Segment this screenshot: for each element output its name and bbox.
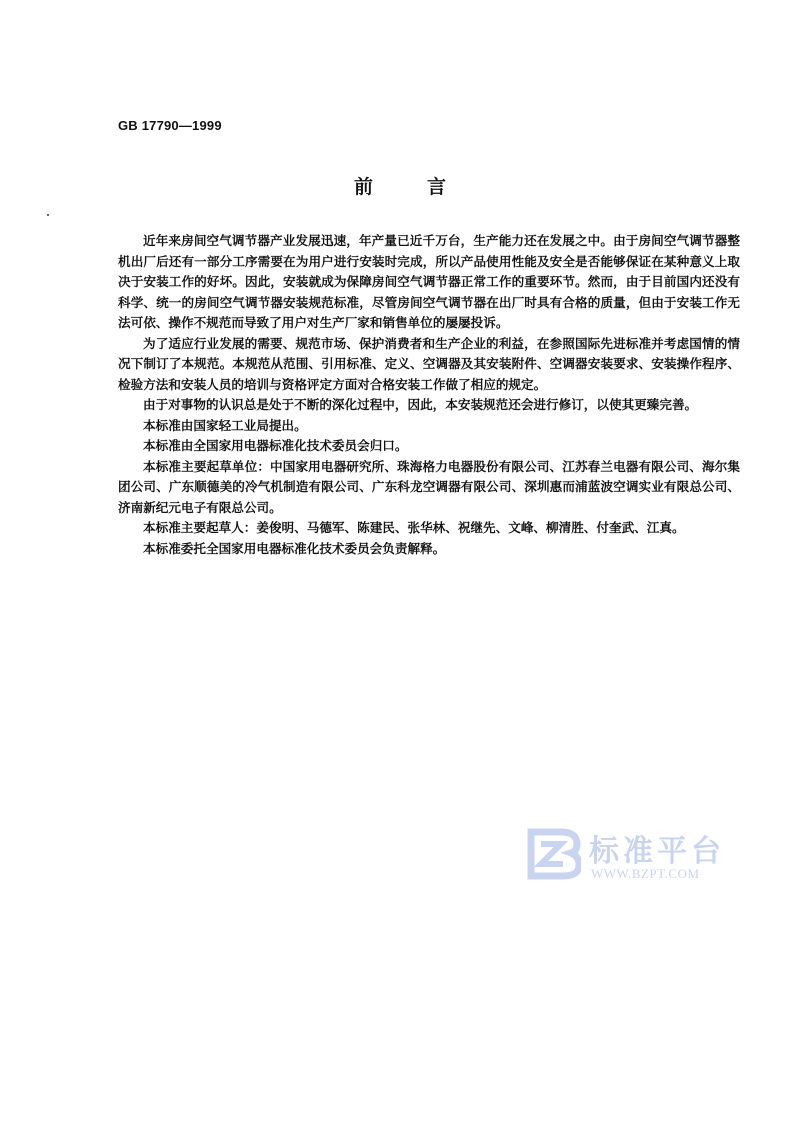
paragraph-proposer: 本标准由国家轻工业局提出。 — [118, 416, 740, 437]
title-char-1: 前 — [354, 172, 373, 199]
paragraph-drafting-units: 本标准主要起草单位：中国家用电器研究所、珠海格力电器股份有限公司、江苏春兰电器有… — [118, 457, 740, 519]
paragraph-background: 近年来房间空气调节器产业发展迅速，年产量已近千万台，生产能力还在发展之中。由于房… — [118, 231, 740, 334]
page-title: 前言 — [0, 172, 800, 199]
bzpt-logo-icon — [527, 826, 581, 880]
paragraph-purpose: 为了适应行业发展的需要、规范市场、保护消费者和生产企业的利益，在参照国际先进标准… — [118, 334, 740, 396]
scan-speck — [47, 214, 49, 216]
paragraph-drafters: 本标准主要起草人：姜俊明、马德军、陈建民、张华林、祝继先、文峰、柳清胜、付奎武、… — [118, 518, 740, 539]
paragraph-interpretation: 本标准委托全国家用电器标准化技术委员会负责解释。 — [118, 539, 740, 560]
paragraph-revision: 由于对事物的认识总是处于不断的深化过程中，因此，本安装规范还会进行修订，以使其更… — [118, 395, 740, 416]
watermark-text-cn: 标准平台 — [589, 826, 725, 870]
paragraph-administrator: 本标准由全国家用电器标准化技术委员会归口。 — [118, 436, 740, 457]
standard-number: GB 17790—1999 — [118, 118, 222, 133]
foreword-body: 近年来房间空气调节器产业发展迅速，年产量已近千万台，生产能力还在发展之中。由于房… — [118, 231, 740, 559]
title-char-2: 言 — [427, 172, 446, 199]
watermark: 标准平台 WWW.BZPT.COM — [527, 822, 737, 892]
watermark-text-en: WWW.BZPT.COM — [591, 866, 700, 882]
